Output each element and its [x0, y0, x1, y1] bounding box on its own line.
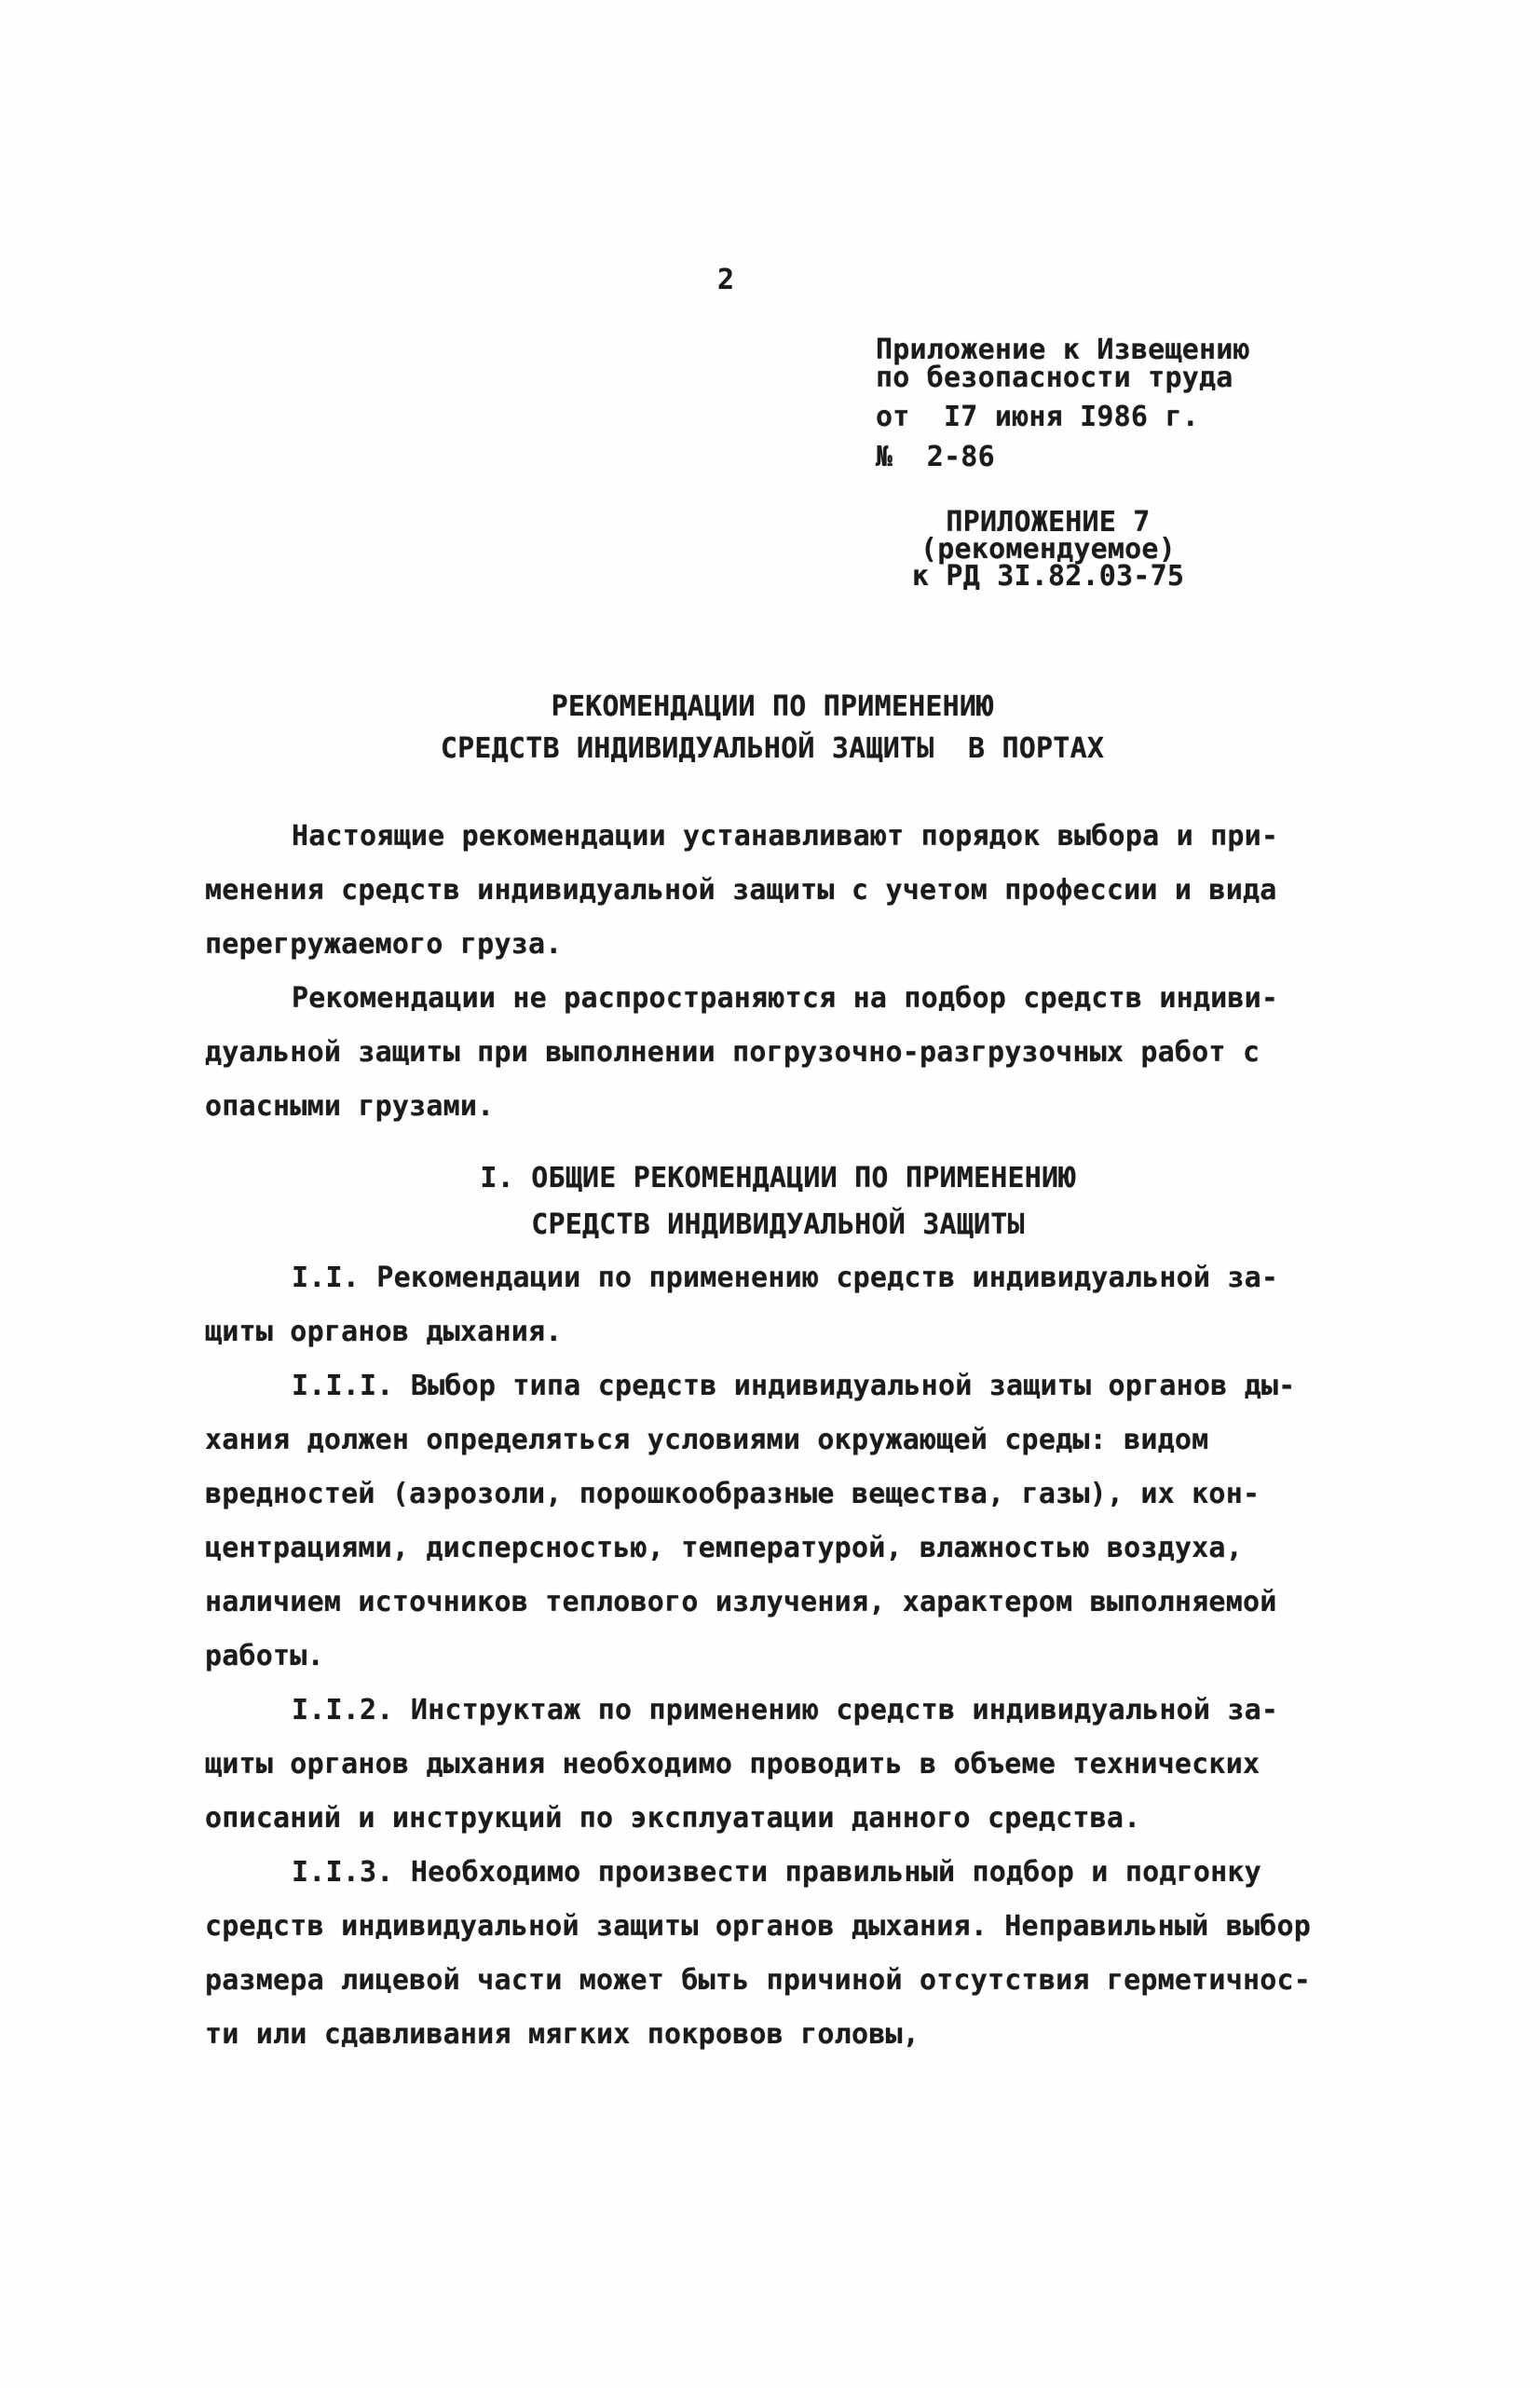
- text-line: № 2-86: [876, 441, 995, 473]
- text-line: работы.: [205, 1640, 1351, 1694]
- text-line: размера лицевой части может быть причино…: [205, 1964, 1351, 2018]
- text-line: менения средств индивидуальной защиты с …: [205, 874, 1351, 928]
- section-heading-line: I. ОБЩИЕ РЕКОМЕНДАЦИИ ПО ПРИМЕНЕНИЮ: [205, 1155, 1351, 1202]
- page-number: 2: [717, 264, 734, 296]
- text-line: перегружаемого груза.: [205, 928, 1351, 982]
- paragraph: I.I. Рекомендации по применению средств …: [205, 1262, 1351, 1370]
- text-line: Настоящие рекомендации устанавливают пор…: [205, 820, 1351, 874]
- text-line: (рекомендуемое): [890, 536, 1206, 563]
- text-line: I.I.3. Необходимо произвести правильный …: [205, 1856, 1351, 1910]
- text-line: средств индивидуальной защиты органов ды…: [205, 1910, 1351, 1964]
- text-line: ти или сдавливания мягких покровов голов…: [205, 2018, 1351, 2072]
- paragraph: Рекомендации не распространяются на подб…: [205, 982, 1351, 1144]
- text-line: опасными грузами.: [205, 1090, 1351, 1144]
- paragraph: I.I.3. Необходимо произвести правильный …: [205, 1856, 1351, 2072]
- title-line: СРЕДСТВ ИНДИВИДУАЛЬНОЙ ЗАЩИТЫ В ПОРТАХ: [199, 728, 1345, 770]
- text-line: I.I. Рекомендации по применению средств …: [205, 1262, 1351, 1316]
- text-line: хания должен определяться условиями окру…: [205, 1424, 1351, 1478]
- text-line: щиты органов дыхания.: [205, 1316, 1351, 1370]
- text-line: наличием источников теплового излучения,…: [205, 1586, 1351, 1640]
- text-line: по безопасности труда: [876, 362, 1233, 394]
- document-title: РЕКОМЕНДАЦИИ ПО ПРИМЕНЕНИЮ СРЕДСТВ ИНДИВ…: [199, 686, 1345, 770]
- text-line: Рекомендации не распространяются на подб…: [205, 982, 1351, 1036]
- title-line: РЕКОМЕНДАЦИИ ПО ПРИМЕНЕНИЮ: [199, 686, 1345, 728]
- document-body: Настоящие рекомендации устанавливают пор…: [205, 820, 1351, 2072]
- text-line: I.I.2. Инструктаж по применению средств …: [205, 1694, 1351, 1748]
- text-line: вредностей (аэрозоли, порошкообразные ве…: [205, 1478, 1351, 1532]
- text-line: дуальной защиты при выполнении погрузочн…: [205, 1036, 1351, 1090]
- text-line: от I7 июня I986 г.: [876, 401, 1199, 433]
- notice-reference-block: Приложение к Извещению по безопасности т…: [876, 334, 1323, 492]
- text-line: описаний и инструкций по эксплуатации да…: [205, 1802, 1351, 1856]
- section-heading: I. ОБЩИЕ РЕКОМЕНДАЦИИ ПО ПРИМЕНЕНИЮ СРЕД…: [205, 1155, 1351, 1249]
- paragraph: Настоящие рекомендации устанавливают пор…: [205, 820, 1351, 982]
- text-line: центрациями, дисперсностью, температурой…: [205, 1532, 1351, 1586]
- section-heading-line: СРЕДСТВ ИНДИВИДУАЛЬНОЙ ЗАЩИТЫ: [205, 1202, 1351, 1249]
- appendix-heading-block: ПРИЛОЖЕНИЕ 7 (рекомендуемое) к РД 3I.82.…: [890, 509, 1206, 590]
- text-line: I.I.I. Выбор типа средств индивидуальной…: [205, 1370, 1351, 1424]
- text-line: щиты органов дыхания необходимо проводит…: [205, 1748, 1351, 1802]
- scanned-page: 2 Приложение к Извещению по безопасности…: [0, 0, 1540, 2388]
- text-line: ПРИЛОЖЕНИЕ 7: [890, 509, 1206, 536]
- paragraph: I.I.2. Инструктаж по применению средств …: [205, 1694, 1351, 1856]
- paragraph: I.I.I. Выбор типа средств индивидуальной…: [205, 1370, 1351, 1694]
- text-line: к РД 3I.82.03-75: [890, 563, 1206, 590]
